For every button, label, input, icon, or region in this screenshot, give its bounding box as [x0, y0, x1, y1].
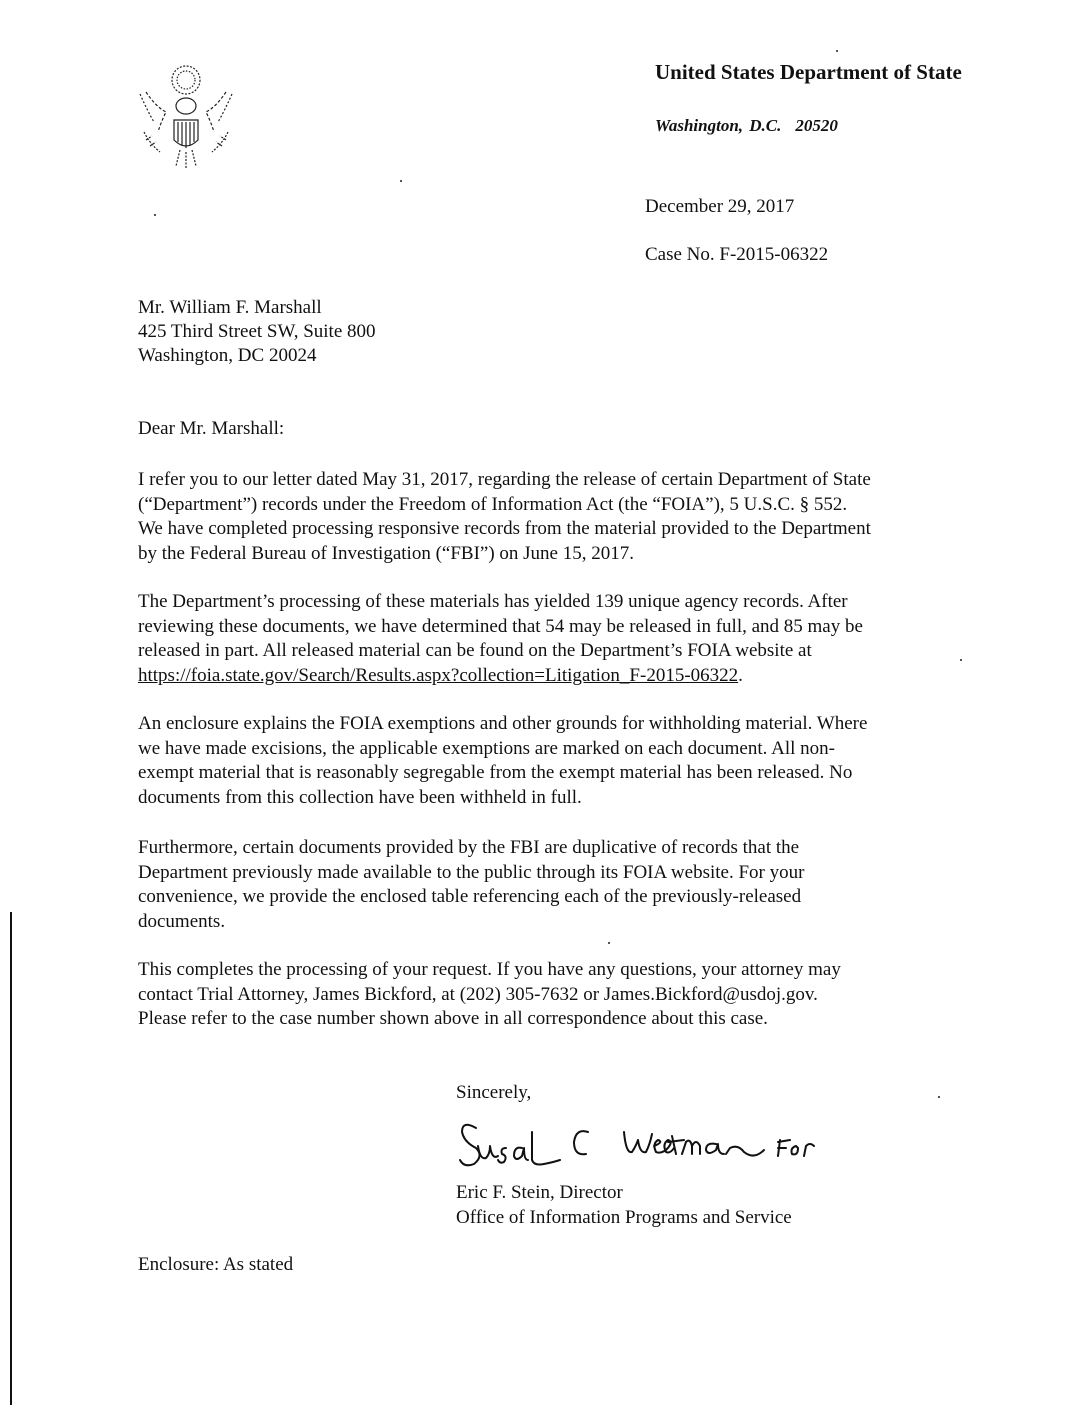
- case-number: Case No. F-2015-06322: [645, 244, 828, 266]
- paragraph-line: I refer you to our letter dated May 31, …: [138, 468, 968, 493]
- recipient-city: Washington, DC 20024: [138, 344, 376, 368]
- paragraph-duplicates: Furthermore, certain documents provided …: [138, 836, 968, 934]
- city: Washington, D.C.: [655, 116, 781, 135]
- paragraph-prior-letter: I refer you to our letter dated May 31, …: [138, 468, 968, 566]
- foia-collection-link[interactable]: https://foia.state.gov/Search/Results.as…: [138, 665, 738, 686]
- department-name: United States Department of State: [655, 60, 962, 85]
- handwritten-signature: [454, 1110, 854, 1178]
- scan-speck: [938, 1096, 940, 1098]
- paragraph-line: convenience, we provide the enclosed tab…: [138, 885, 968, 910]
- paragraph-line: contact Trial Attorney, James Bickford, …: [138, 983, 968, 1008]
- scan-speck: [836, 50, 838, 52]
- paragraph-line: exempt material that is reasonably segre…: [138, 761, 968, 786]
- scan-edge-line: [10, 912, 12, 1405]
- link-suffix: .: [738, 665, 743, 686]
- closing: Sincerely,: [456, 1082, 531, 1104]
- paragraph-line: Furthermore, certain documents provided …: [138, 836, 968, 861]
- scan-speck: [608, 942, 610, 944]
- signer-block: Eric F. Stein, Director Office of Inform…: [456, 1180, 792, 1230]
- department-address: Washington, D.C.20520: [655, 116, 838, 136]
- paragraph-line: Department previously made available to …: [138, 861, 968, 886]
- paragraph-line: https://foia.state.gov/Search/Results.as…: [138, 664, 968, 689]
- paragraph-line: The Department’s processing of these mat…: [138, 590, 968, 615]
- recipient-address: Mr. William F. Marshall 425 Third Street…: [138, 296, 376, 368]
- paragraph-line: by the Federal Bureau of Investigation (…: [138, 542, 968, 567]
- paragraph-line: (“Department”) records under the Freedom…: [138, 493, 968, 518]
- paragraph-line: Please refer to the case number shown ab…: [138, 1007, 968, 1032]
- scan-speck: [154, 214, 156, 216]
- paragraph-line: This completes the processing of your re…: [138, 958, 968, 983]
- paragraph-line: An enclosure explains the FOIA exemption…: [138, 712, 968, 737]
- paragraph-line: documents.: [138, 910, 968, 935]
- paragraph-line: documents from this collection have been…: [138, 786, 968, 811]
- scan-speck: [960, 659, 962, 661]
- paragraph-line: we have made excisions, the applicable e…: [138, 737, 968, 762]
- scan-speck: [400, 180, 402, 182]
- signer-name-title: Eric F. Stein, Director: [456, 1180, 792, 1205]
- paragraph-line: reviewing these documents, we have deter…: [138, 615, 968, 640]
- recipient-street: 425 Third Street SW, Suite 800: [138, 320, 376, 344]
- paragraph-line: released in part. All released material …: [138, 639, 968, 664]
- paragraph-line: We have completed processing responsive …: [138, 517, 968, 542]
- zip-code: 20520: [795, 116, 838, 135]
- paragraph-records-summary: The Department’s processing of these mat…: [138, 590, 968, 688]
- paragraph-contact: This completes the processing of your re…: [138, 958, 968, 1032]
- enclosure-note: Enclosure: As stated: [138, 1254, 293, 1276]
- recipient-name: Mr. William F. Marshall: [138, 296, 376, 320]
- signer-office: Office of Information Programs and Servi…: [456, 1205, 792, 1230]
- salutation: Dear Mr. Marshall:: [138, 418, 284, 440]
- paragraph-exemptions: An enclosure explains the FOIA exemption…: [138, 712, 968, 810]
- letter-date: December 29, 2017: [645, 196, 794, 218]
- great-seal-icon: [136, 62, 236, 168]
